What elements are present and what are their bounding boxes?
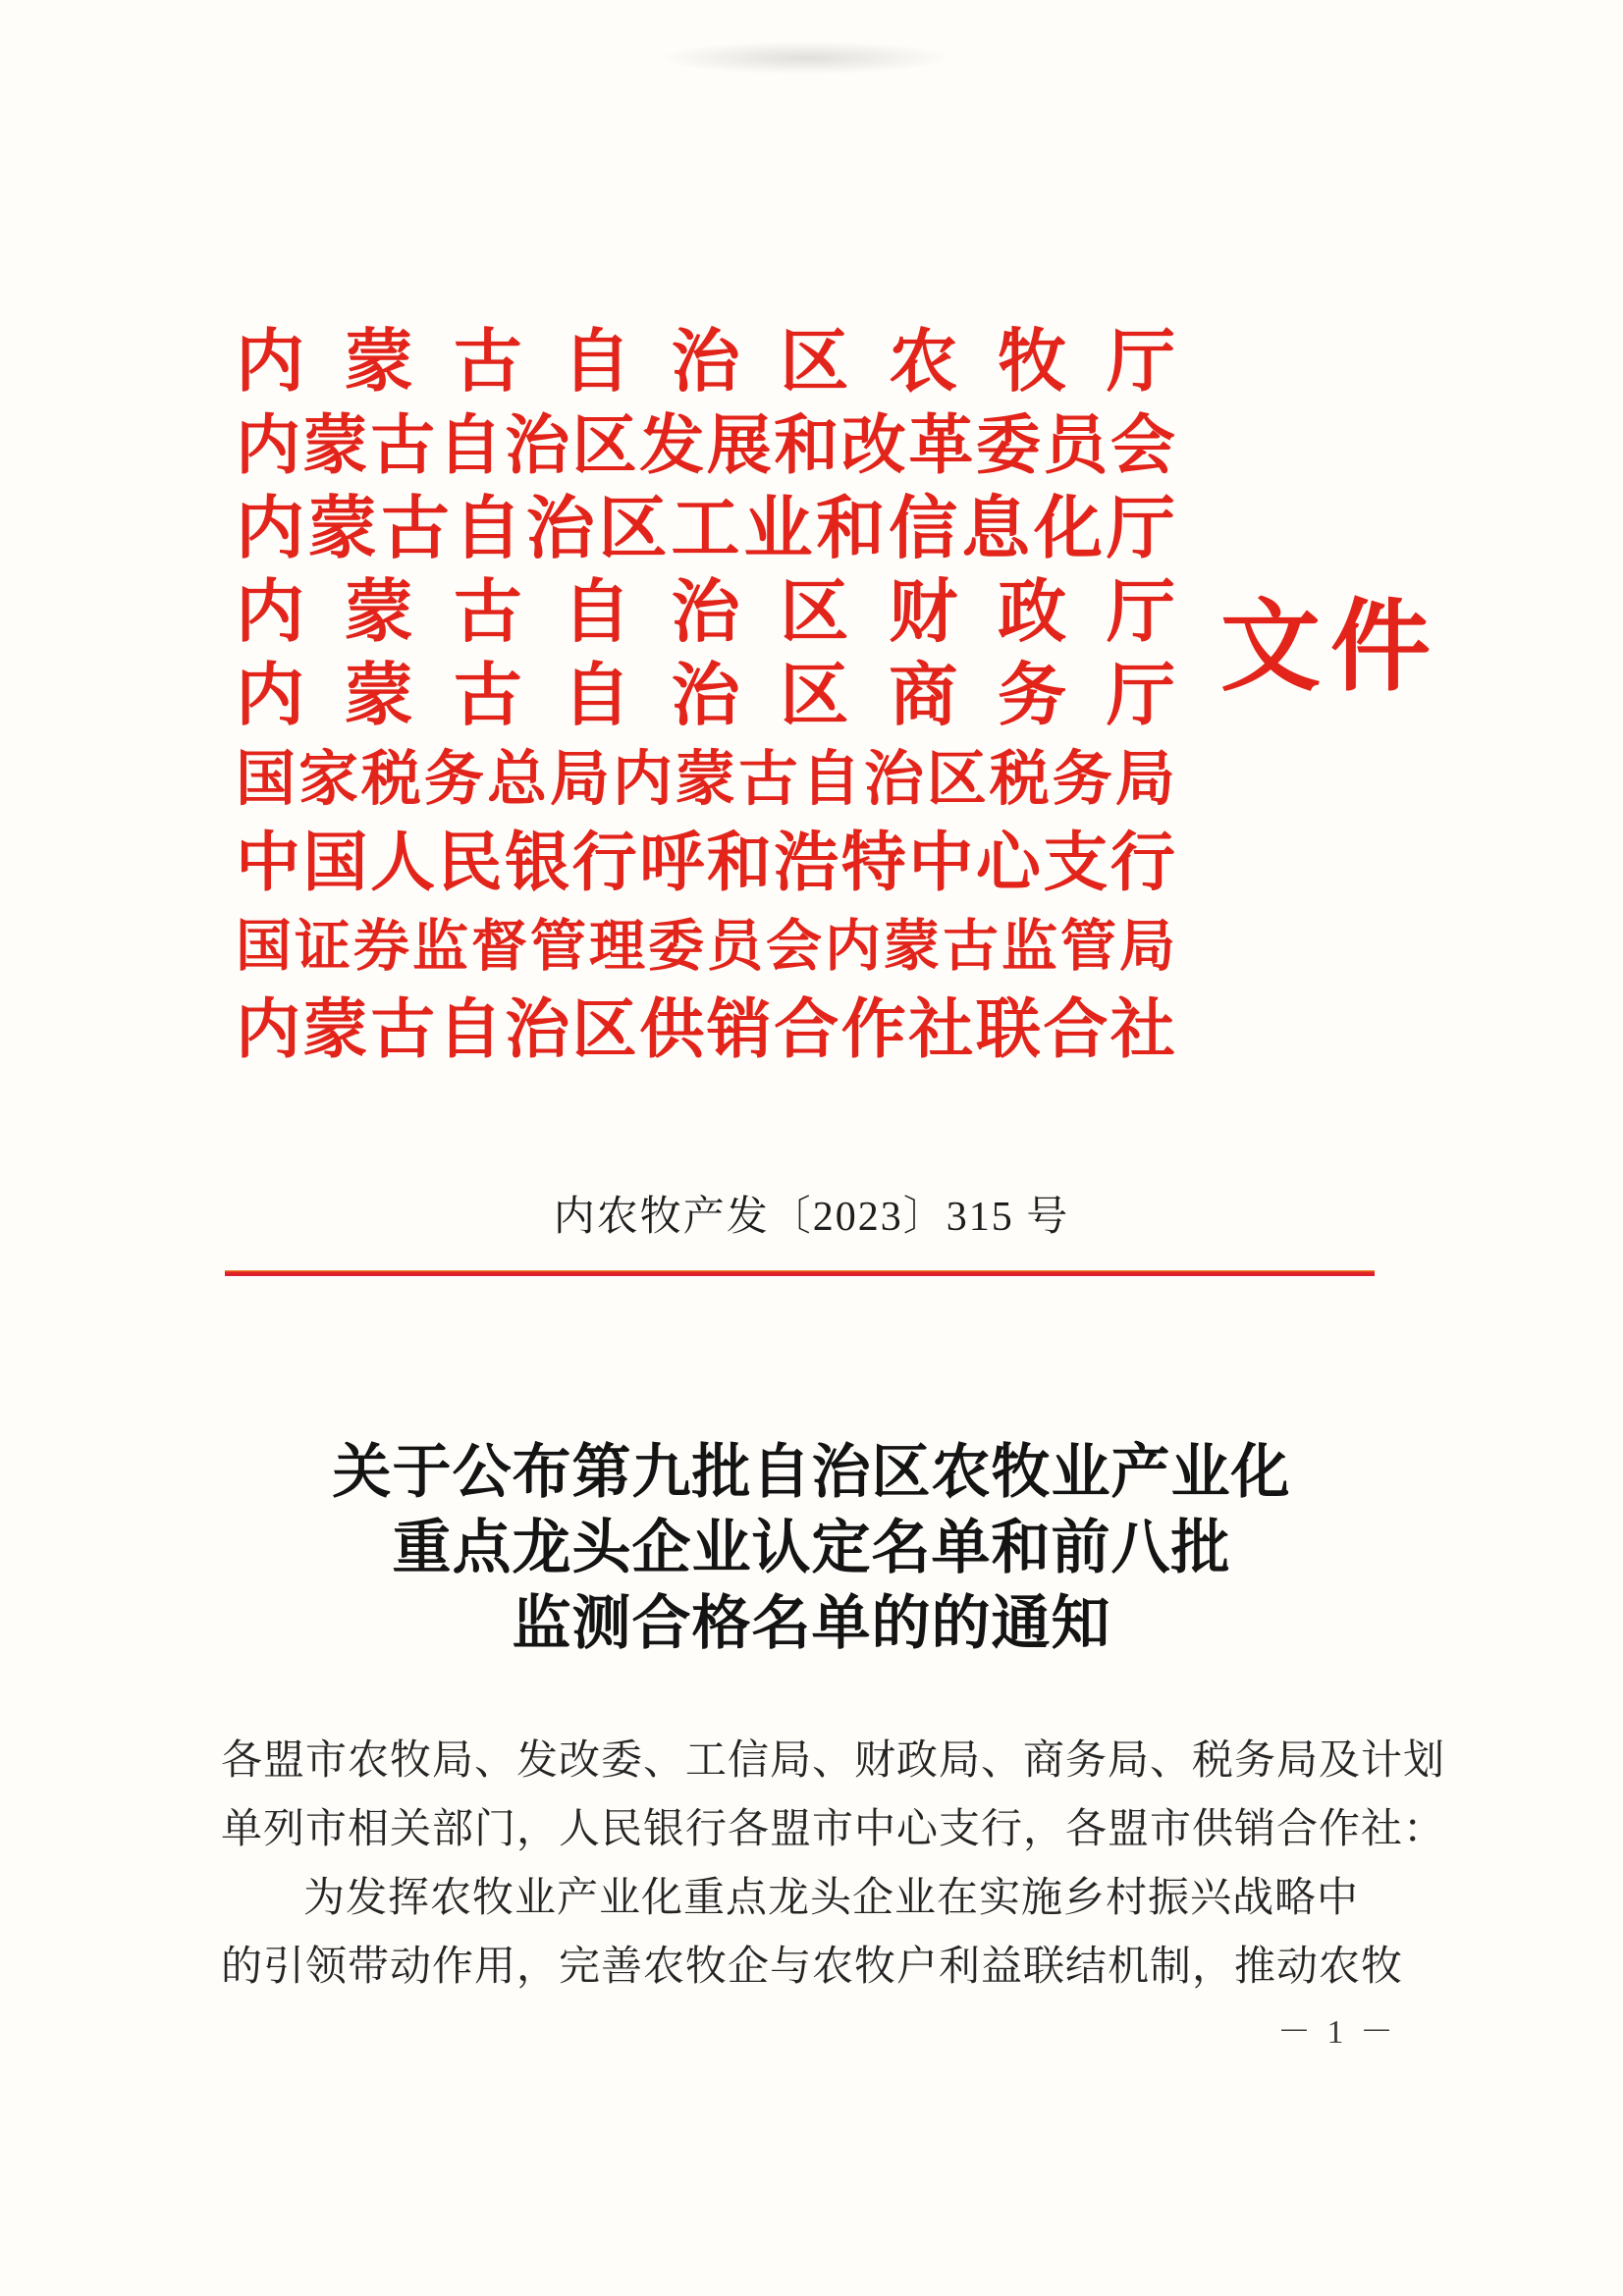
salutation-block: 各盟市农牧局、发改委、工信局、财政局、商务局、税务局及计划单列市相关部门，人民银…	[221, 1727, 1429, 1864]
agency-name-line: 内蒙古自治区农牧厅	[236, 321, 1175, 404]
agency-name-line: 内蒙古自治区商务厅	[236, 655, 1175, 738]
salutation-line: 单列市相关部门，人民银行各盟市中心支行，各盟市供销合作社：	[221, 1795, 1429, 1864]
paragraph-line: 的引领带动作用，完善农牧企与农牧户利益联结机制，推动农牧	[221, 1933, 1429, 2002]
salutation-line: 各盟市农牧局、发改委、工信局、财政局、商务局、税务局及计划	[221, 1727, 1429, 1795]
red-divider-line	[225, 1270, 1375, 1276]
scan-smudge-artifact	[658, 41, 952, 75]
document-number: 内农牧产发〔2023〕315 号	[0, 1184, 1623, 1243]
document-stamp-label: 文件	[1220, 594, 1440, 704]
document-title-line: 监测合格名单的的通知	[0, 1586, 1623, 1662]
agency-name-line: 内蒙古自治区工业和信息化厅	[236, 488, 1175, 571]
paragraph-block: 为发挥农牧业产业化重点龙头企业在实施乡村振兴战略中的引领带动作用，完善农牧企与农…	[221, 1864, 1429, 2002]
agency-name-line: 国证券监督管理委员会内蒙古监管局	[236, 905, 1175, 988]
document-page: 内蒙古自治区农牧厅内蒙古自治区发展和改革委员会内蒙古自治区工业和信息化厅内蒙古自…	[0, 0, 1623, 2296]
paragraph-line: 为发挥农牧业产业化重点龙头企业在实施乡村振兴战略中	[221, 1864, 1429, 1933]
document-title-line: 重点龙头企业认定名单和前八批	[0, 1511, 1623, 1586]
agency-name-line: 内蒙古自治区财政厅	[236, 571, 1175, 655]
document-body: 各盟市农牧局、发改委、工信局、财政局、商务局、税务局及计划单列市相关部门，人民银…	[221, 1727, 1429, 2002]
document-title-line: 关于公布第九批自治区农牧业产业化	[0, 1435, 1623, 1511]
page-number: － 1 －	[1277, 2004, 1397, 2053]
document-title: 关于公布第九批自治区农牧业产业化重点龙头企业认定名单和前八批监测合格名单的的通知	[0, 1435, 1623, 1662]
agency-name-line: 内蒙古自治区发展和改革委员会	[236, 404, 1175, 488]
agency-name-line: 内蒙古自治区供销合作社联合社	[236, 988, 1175, 1072]
red-header-agencies: 内蒙古自治区农牧厅内蒙古自治区发展和改革委员会内蒙古自治区工业和信息化厅内蒙古自…	[236, 321, 1175, 1072]
agency-name-line: 国家税务总局内蒙古自治区税务局	[236, 738, 1175, 822]
agency-name-line: 中国人民银行呼和浩特中心支行	[236, 822, 1175, 905]
